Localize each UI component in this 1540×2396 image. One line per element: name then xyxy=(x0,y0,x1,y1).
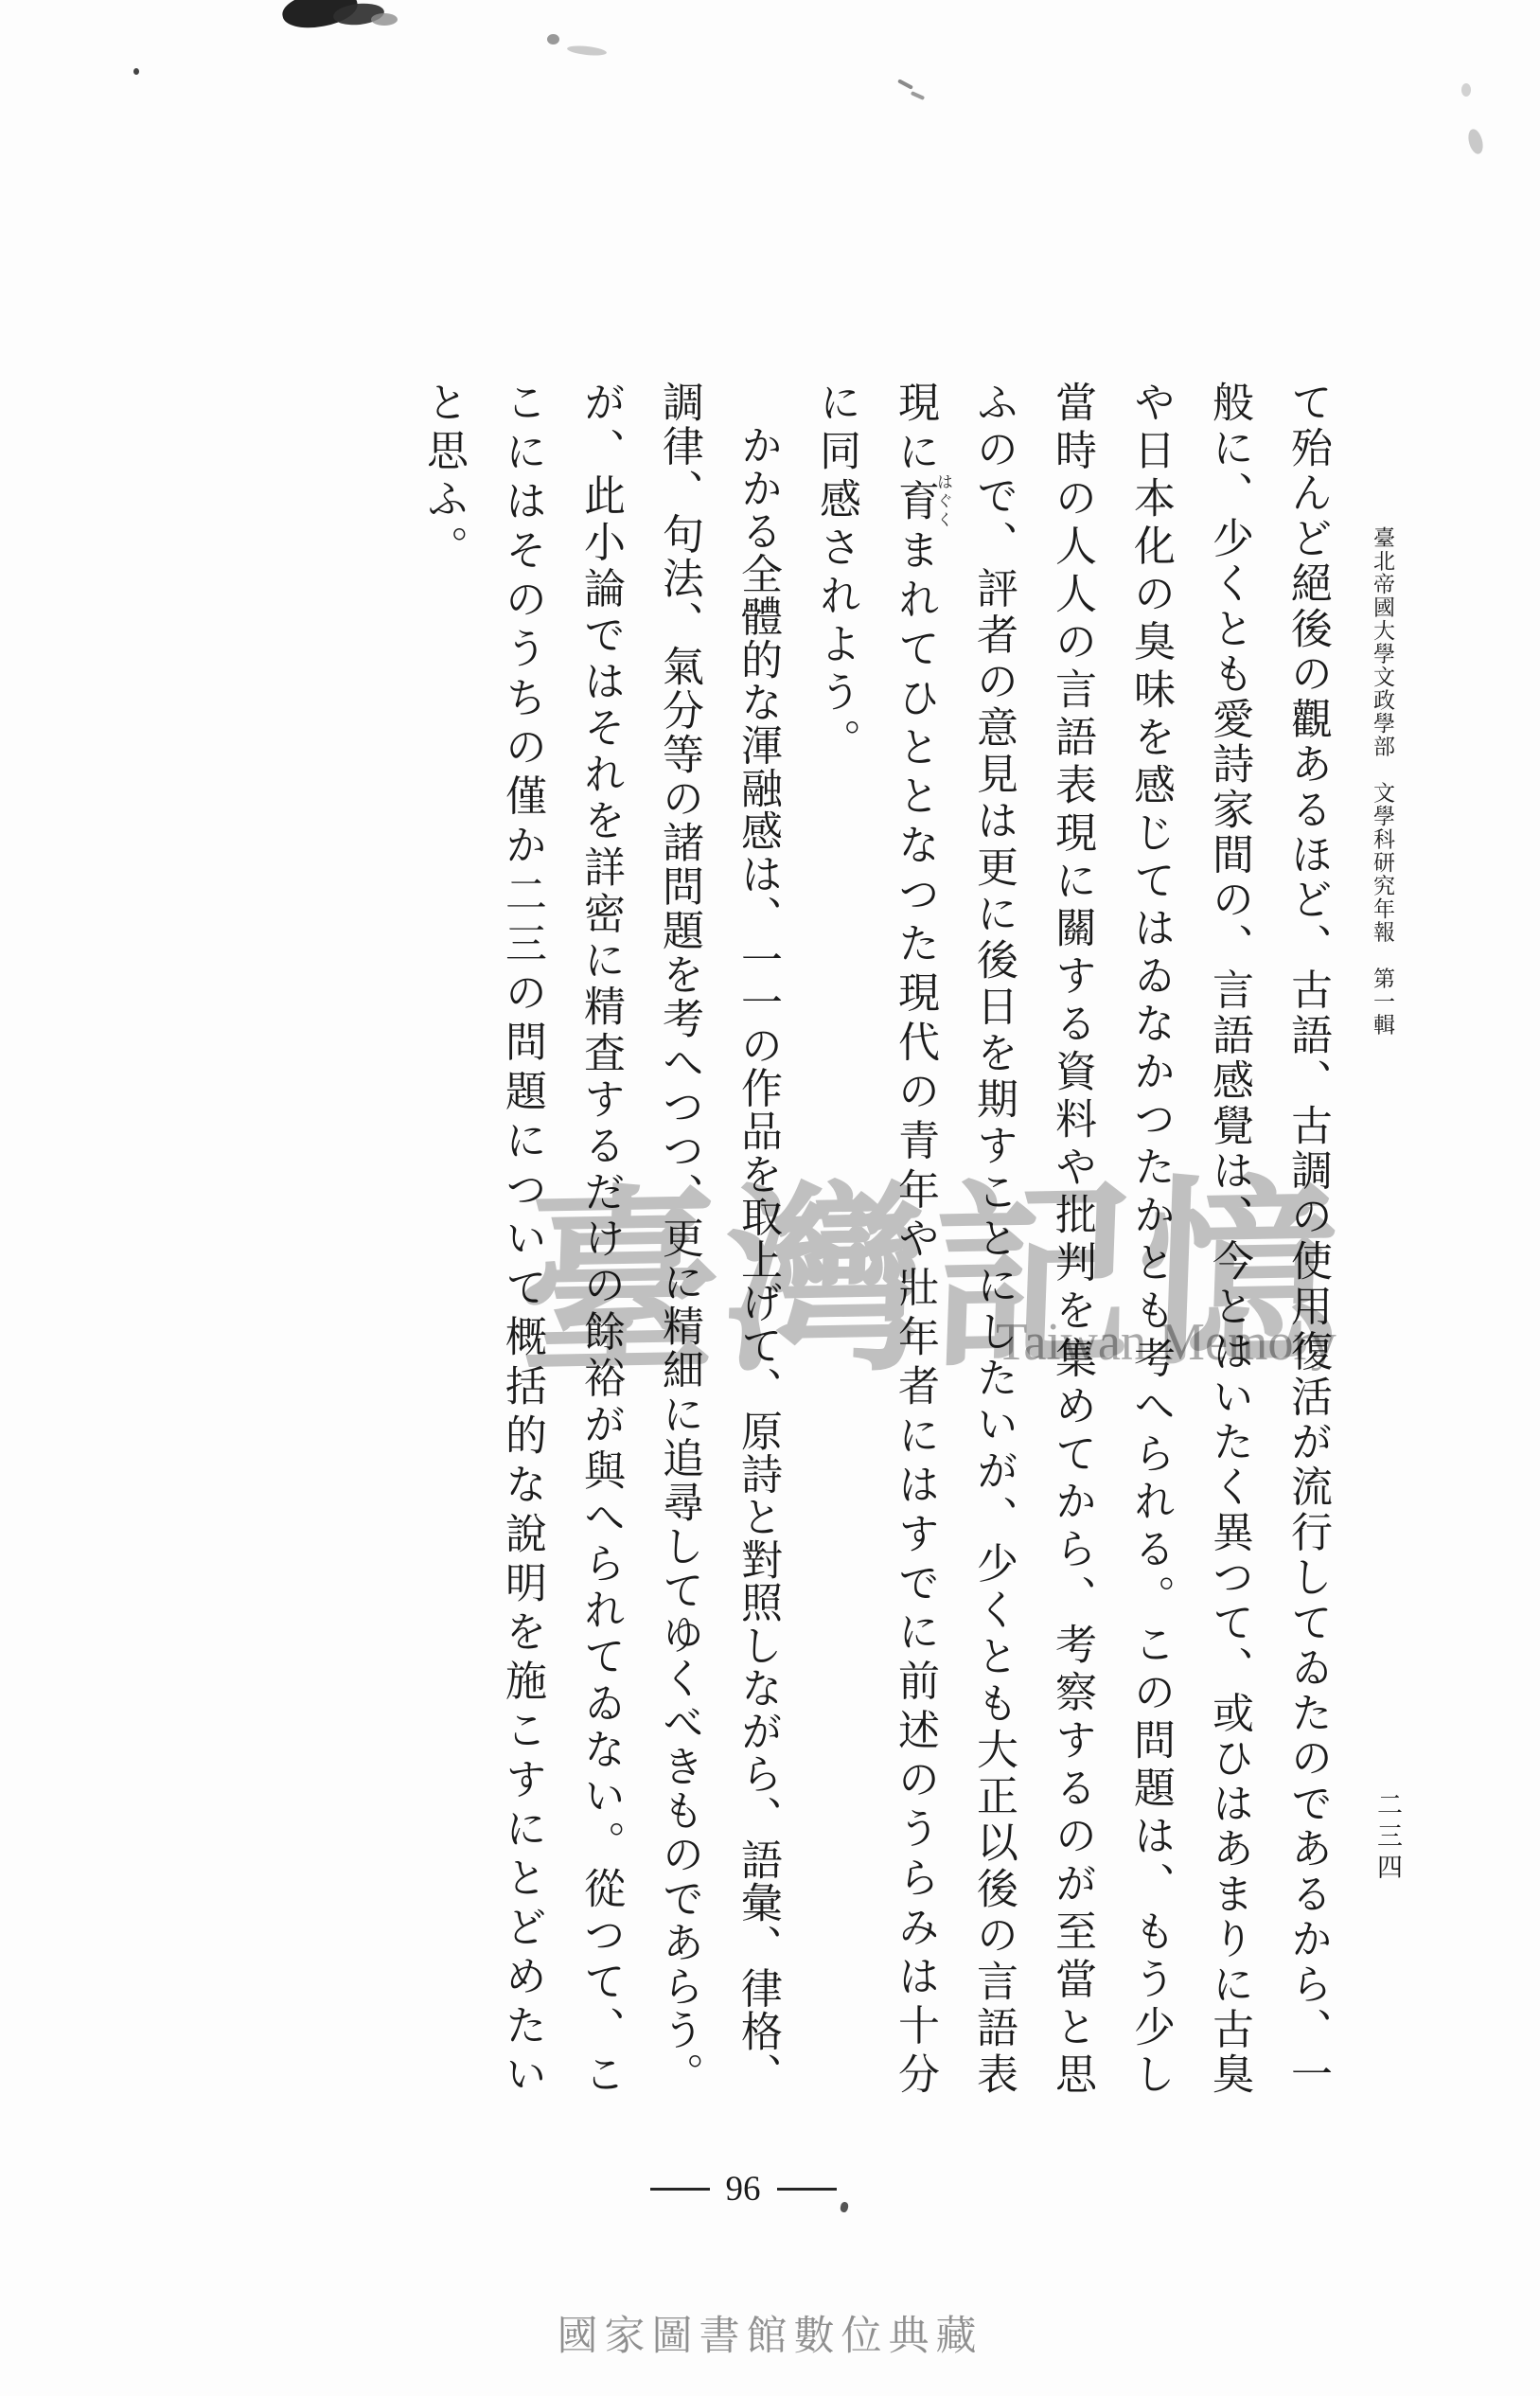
page-number-rule-left xyxy=(650,2188,710,2191)
ink-speck xyxy=(897,79,913,90)
ink-smudge xyxy=(371,13,398,26)
text-column: 現に育まれてひととなつた現代の青年や壯年者にはすでに前述のうらみは十分 xyxy=(876,381,954,2094)
ink-speck xyxy=(911,91,925,100)
volume-folio-number: 二三四 xyxy=(1367,1791,1408,1885)
journal-running-header: 臺北帝國大學文政學部 文學科研究年報 第一輯 xyxy=(1361,526,1403,1037)
text-column: 般に、少くとも愛詩家間の、言語感覺は、今とはいたく異つて、或ひはあまりに古臭 xyxy=(1190,381,1268,2094)
scanned-page: 臺北帝國大學文政學部 文學科研究年報 第一輯 二三四 て殆んど絕後の觀あるほど、… xyxy=(0,0,1540,2396)
ink-smudge xyxy=(567,44,608,57)
ink-smudge xyxy=(547,34,559,44)
scan-mark xyxy=(1461,83,1471,97)
body-text: て殆んど絕後の觀あるほど、古語、古調の使用復活が流行してゐたのであるから、一般に… xyxy=(404,381,1347,2094)
text-column: ふので、評者の意見は更に後日を期すことにしたいが、少くとも大正以後の言語表 xyxy=(954,381,1033,2094)
scan-mark xyxy=(1466,128,1486,156)
ink-speck xyxy=(133,68,139,75)
text-column: や日本化の臭味を感じてはゐなかつたかとも考へられる。この問題は、もう少し xyxy=(1111,381,1190,2094)
text-column: と思ふ。 xyxy=(404,381,483,2094)
library-digital-archive-stamp: 國家圖書館數位典藏 xyxy=(0,2304,1540,2362)
page-number-rule-right xyxy=(777,2188,837,2191)
furigana-annotation: はぐく xyxy=(933,473,952,530)
text-column: に同感されよう。 xyxy=(797,381,876,2094)
page-number-value: 96 xyxy=(726,2169,761,2210)
text-column: こにはそのうちの僅か二三の問題について概括的な說明を施こすにとどめたい xyxy=(483,381,561,2094)
text-column: て殆んど絕後の觀あるほど、古語、古調の使用復活が流行してゐたのであるから、一 xyxy=(1268,381,1347,2094)
text-column: かかる全體的な渾融感は、一一の作品を取上げて、原詩と對照しながら、語彙、律格、 xyxy=(718,381,797,2094)
page-number: 96 xyxy=(606,2166,880,2211)
text-column: 當時の人人の言語表現に關する資料や批判を集めてから、考察するのが至當と思 xyxy=(1033,381,1111,2094)
text-column: が、此小論ではそれを詳密に精査するだけの餘裕が與へられてゐない。從つて、こ xyxy=(561,381,640,2094)
text-column: 調律、句法、氣分等の諸問題を考へつつ、更に精細に追尋してゆくべきものであらう。 xyxy=(640,381,718,2094)
